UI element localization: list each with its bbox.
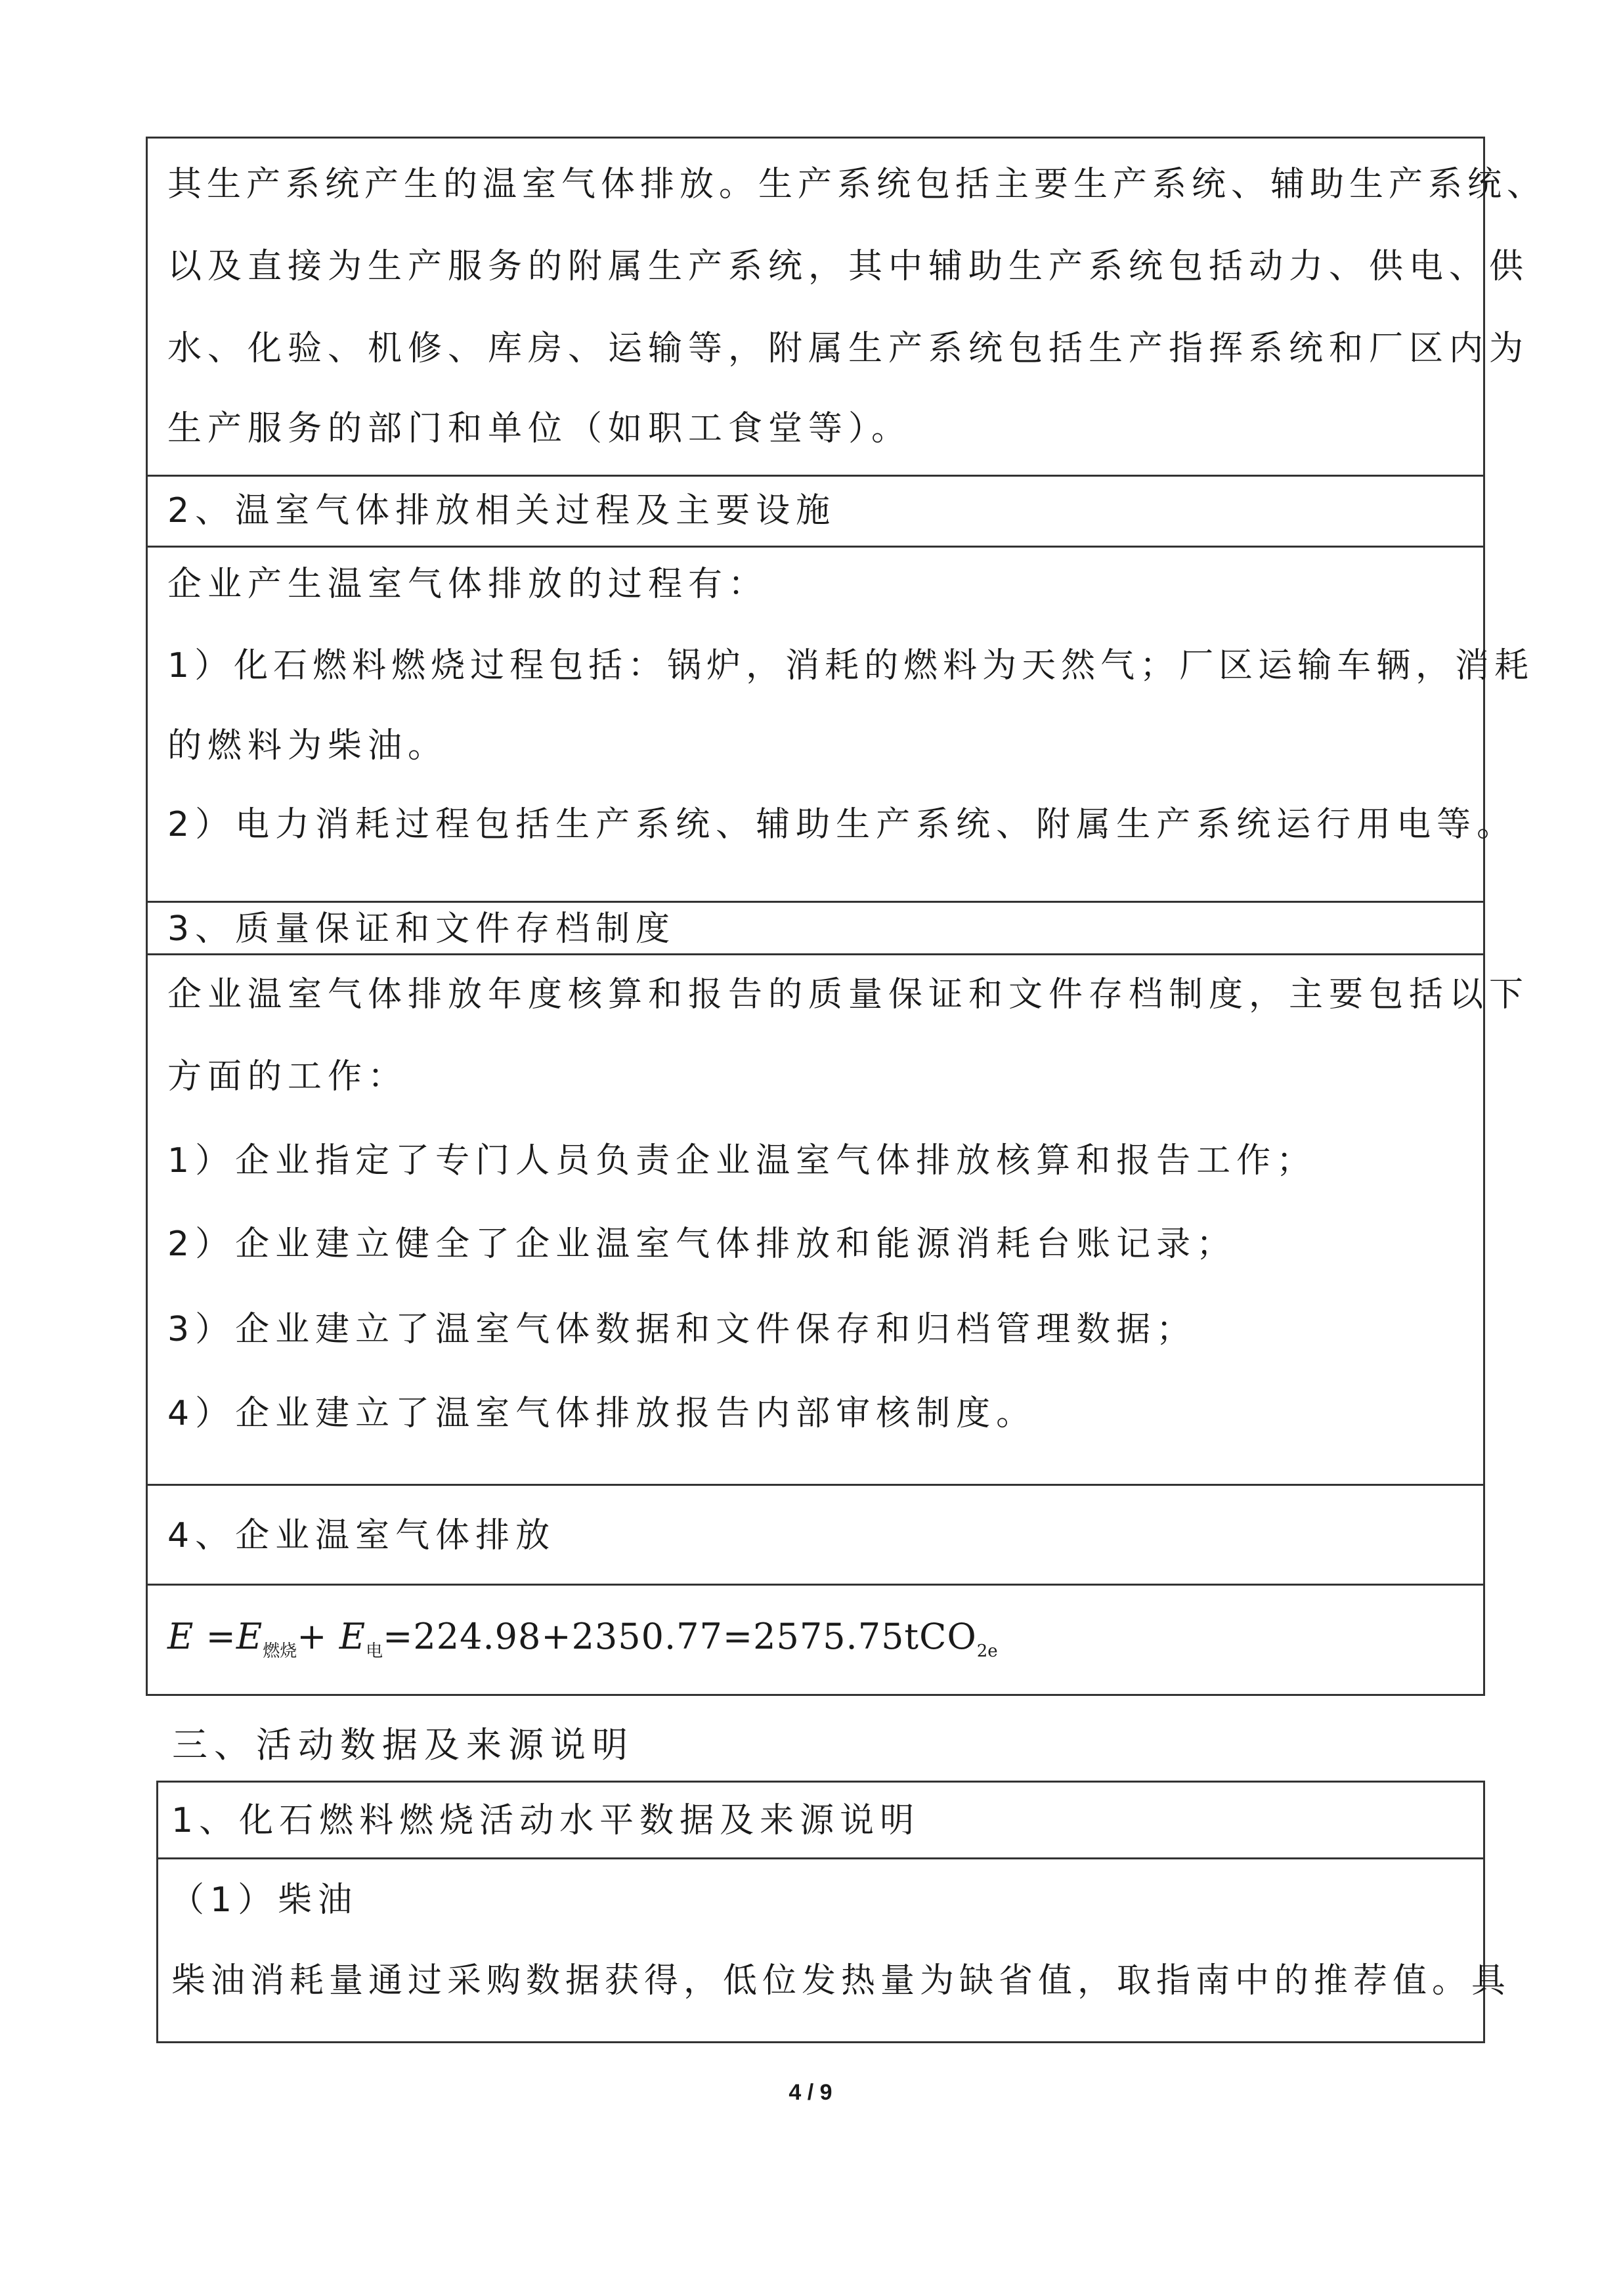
formula-co2-subscript: 2e xyxy=(977,1641,998,1661)
section-heading: 1、化石燃料燃烧活动水平数据及来源说明 xyxy=(171,1801,920,1840)
qa-line: 方面的工作： xyxy=(167,1057,408,1096)
paragraph-line: 生产服务的部门和单位（如职工食堂等）。 xyxy=(167,409,911,448)
section-4-heading-cell: 4、企业温室气体排放 xyxy=(148,1486,1483,1586)
diesel-cell: （1）柴油 柴油消耗量通过采购数据获得，低位发热量为缺省值，取指南中的推荐值。具 xyxy=(158,1859,1483,2043)
fuel-activity-table: 1、化石燃料燃烧活动水平数据及来源说明 （1）柴油 柴油消耗量通过采购数据获得，… xyxy=(156,1781,1485,2043)
emissions-overview-table: 其生产系统产生的温室气体排放。生产系统包括主要生产系统、辅助生产系统、 以及直接… xyxy=(146,137,1485,1696)
emission-formula-cell: E =E燃烧+ E电=224.98+2350.77=2575.75tCO2e xyxy=(148,1586,1483,1694)
qa-line: 1）企业指定了专门人员负责企业温室气体排放核算和报告工作； xyxy=(167,1141,1316,1180)
intro-paragraph-cell: 其生产系统产生的温室气体排放。生产系统包括主要生产系统、辅助生产系统、 以及直接… xyxy=(148,139,1483,477)
section-heading: 4、企业温室气体排放 xyxy=(167,1516,555,1555)
process-line: 企业产生温室气体排放的过程有： xyxy=(167,565,768,604)
qa-line: 3）企业建立了温室气体数据和文件保存和归档管理数据； xyxy=(167,1310,1196,1349)
paragraph-line: 水、化验、机修、库房、运输等，附属生产系统包括生产指挥系统和厂区内为 xyxy=(167,329,1529,368)
fuel-activity-heading-cell: 1、化石燃料燃烧活动水平数据及来源说明 xyxy=(158,1783,1483,1859)
formula-plus: + xyxy=(297,1616,339,1657)
formula-electricity-symbol: E xyxy=(339,1616,366,1657)
qa-line: 2）企业建立健全了企业温室气体排放和能源消耗台账记录； xyxy=(167,1224,1236,1264)
process-line: 1）化石燃料燃烧过程包括：锅炉，消耗的燃料为天然气；厂区运输车辆，消耗 xyxy=(167,646,1534,685)
diesel-subheading: （1）柴油 xyxy=(170,1880,358,1920)
formula-combustion-subscript: 燃烧 xyxy=(263,1641,297,1661)
formula-electricity-subscript: 电 xyxy=(366,1641,383,1661)
emission-formula: E =E燃烧+ E电=224.98+2350.77=2575.75tCO2e xyxy=(167,1617,998,1671)
qa-line: 4）企业建立了温室气体排放报告内部审核制度。 xyxy=(167,1394,1036,1433)
formula-equals: = xyxy=(194,1616,236,1657)
paragraph-line: 其生产系统产生的温室气体排放。生产系统包括主要生产系统、辅助生产系统、 xyxy=(167,165,1546,204)
section-2-heading-cell: 2、温室气体排放相关过程及主要设施 xyxy=(148,477,1483,548)
diesel-description: 柴油消耗量通过采购数据获得，低位发热量为缺省值，取指南中的推荐值。具 xyxy=(171,1961,1511,2001)
section-heading: 2、温室气体排放相关过程及主要设施 xyxy=(167,491,836,531)
qa-line: 企业温室气体排放年度核算和报告的质量保证和文件存档制度，主要包括以下 xyxy=(167,975,1529,1014)
section-3-heading-cell: 3、质量保证和文件存档制度 xyxy=(148,903,1483,955)
process-line: 的燃料为柴油。 xyxy=(167,726,448,766)
formula-values: =224.98+2350.77=2575.75tCO xyxy=(383,1616,977,1657)
section-3-body-cell: 企业温室气体排放年度核算和报告的质量保证和文件存档制度，主要包括以下 方面的工作… xyxy=(148,955,1483,1486)
section-2-body-cell: 企业产生温室气体排放的过程有： 1）化石燃料燃烧过程包括：锅炉，消耗的燃料为天然… xyxy=(148,548,1483,903)
section-heading: 3、质量保证和文件存档制度 xyxy=(167,909,676,949)
paragraph-line: 以及直接为生产服务的附属生产系统，其中辅助生产系统包括动力、供电、供 xyxy=(167,247,1529,286)
section-three-heading: 三、活动数据及来源说明 xyxy=(172,1725,634,1765)
process-line: 2）电力消耗过程包括生产系统、辅助生产系统、附属生产系统运行用电等。 xyxy=(167,805,1517,844)
formula-combustion-symbol: E xyxy=(236,1616,263,1657)
page-number: 4 / 9 xyxy=(0,2080,1621,2106)
formula-total-symbol: E xyxy=(167,1616,194,1657)
